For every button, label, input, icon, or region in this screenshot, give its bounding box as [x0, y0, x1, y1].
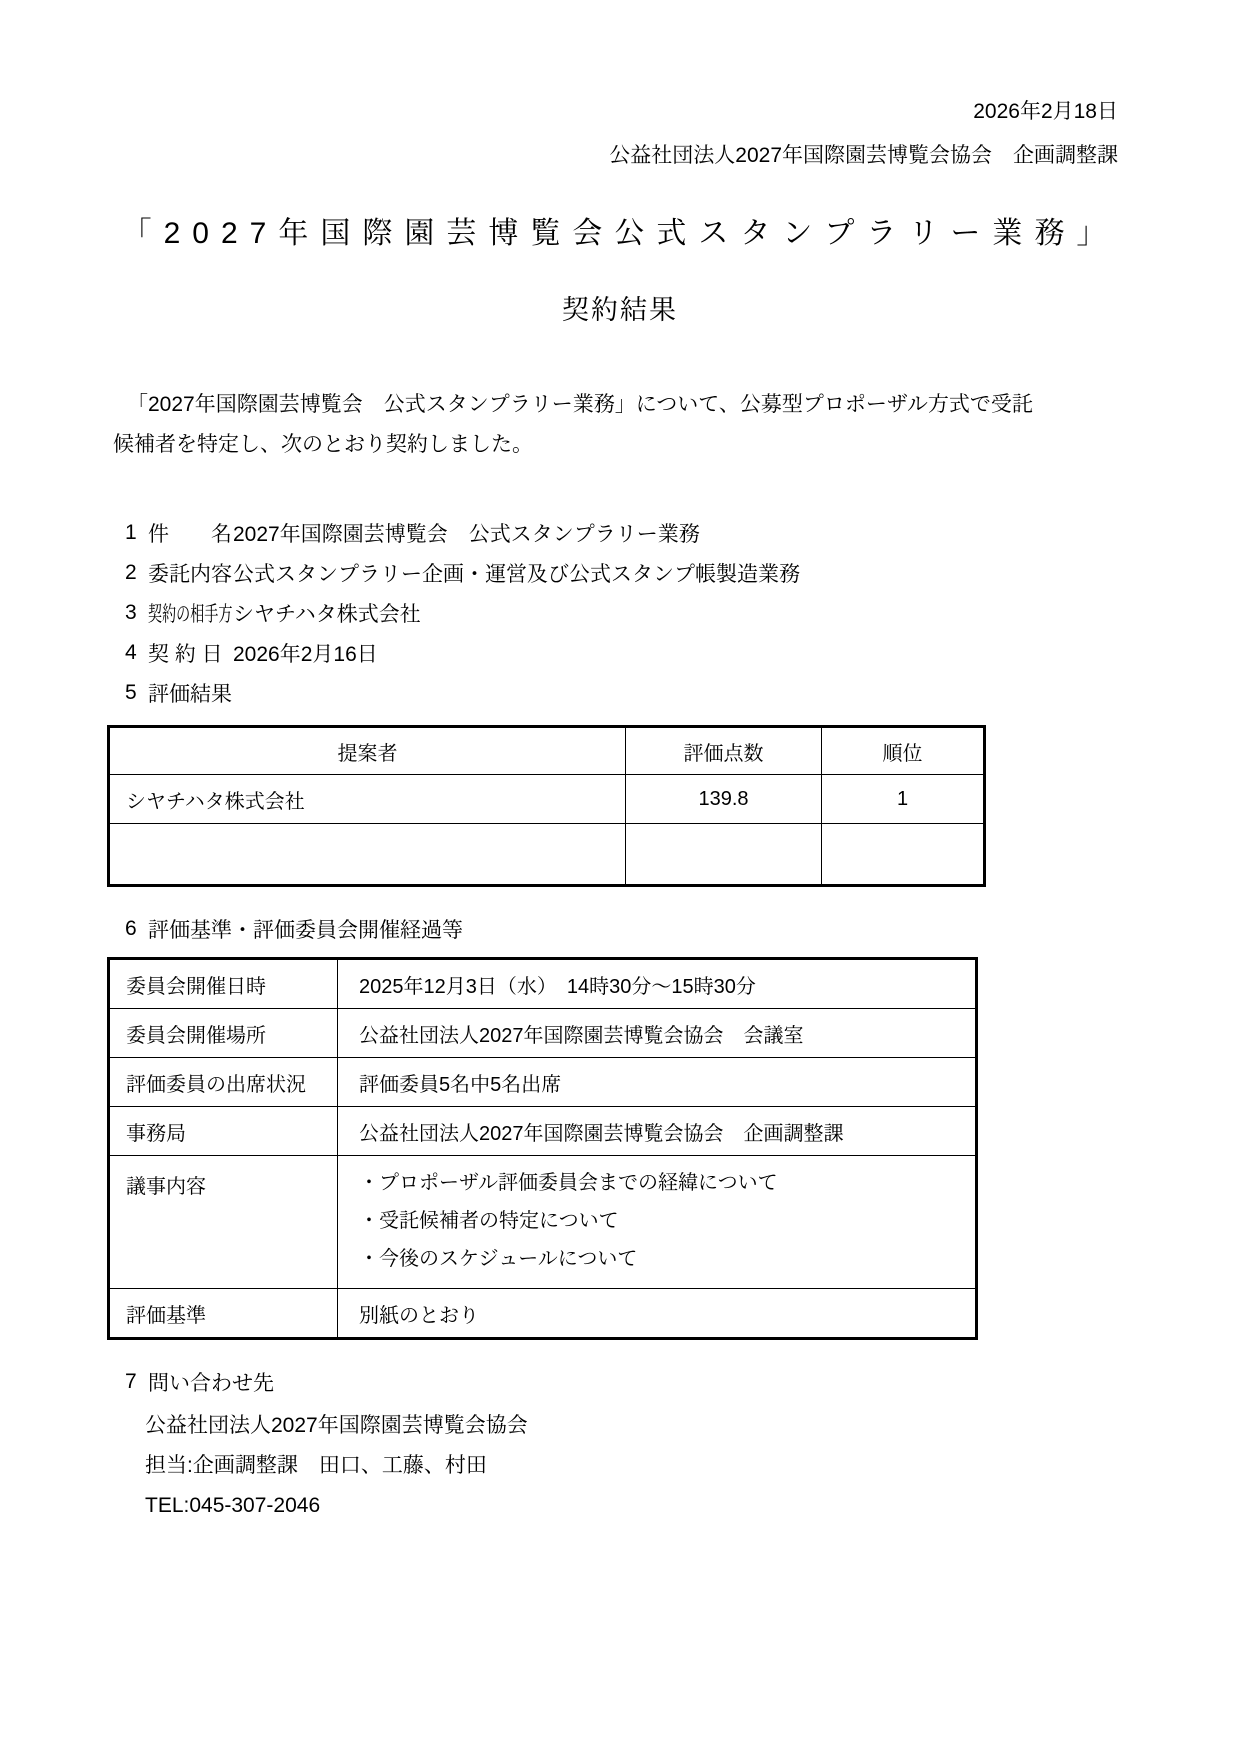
agenda-item: ・今後のスケジュールについて: [359, 1240, 975, 1278]
rank-cell: 1: [822, 775, 985, 824]
contact-staff: 担当:企画調整課 田口、工藤、村田: [145, 1446, 1240, 1486]
table-row-empty: [109, 824, 985, 886]
table-header-row: 提案者 評価点数 順位: [109, 727, 985, 775]
row-value: 別紙のとおり: [338, 1289, 977, 1339]
table-row: シヤチハタ株式会社 139.8 1: [109, 775, 985, 824]
agenda-item: ・プロポーザル評価委員会までの経緯について: [359, 1164, 975, 1202]
document-subtitle: 契約結果: [0, 288, 1240, 327]
row-value: 2025年12月3日（水） 14時30分～15時30分: [338, 959, 977, 1009]
item-number: 4: [125, 641, 148, 665]
row-label: 評価委員の出席状況: [109, 1058, 338, 1107]
document-page: 2026年2月18日 公益社団法人2027年国際園芸博覧会協会 企画調整課 「2…: [0, 0, 1240, 1755]
document-title: 「2027年国際園芸博覧会公式スタンプラリー業務」: [0, 208, 1240, 252]
section-label: 評価結果: [148, 678, 233, 708]
row-value: 評価委員5名中5名出席: [338, 1058, 977, 1107]
column-header-proposer: 提案者: [109, 727, 626, 775]
intro-paragraph: 「2027年国際園芸博覧会 公式スタンプラリー業務」について、公募型プロポーザル…: [113, 385, 1140, 465]
contact-phone: TEL:045-307-2046: [145, 1486, 1240, 1526]
contact-block: 公益社団法人2027年国際園芸博覧会協会 担当:企画調整課 田口、工藤、村田 T…: [145, 1406, 1240, 1526]
list-item-contract-date: 4 契 約 日 2026年2月16日: [125, 633, 1240, 673]
contract-detail-list: 1 件 名 2027年国際園芸博覧会 公式スタンプラリー業務 2 委託内容 公式…: [125, 513, 1240, 713]
agenda-item: ・受託候補者の特定について: [359, 1202, 975, 1240]
intro-line-2: 候補者を特定し、次のとおり契約しました。: [113, 425, 1140, 465]
row-label: 事務局: [109, 1107, 338, 1156]
item-number: 1: [125, 521, 148, 545]
item-value: 公式スタンプラリー企画・運営及び公式スタンプ帳製造業務: [233, 558, 800, 588]
row-value: 公益社団法人2027年国際園芸博覧会協会 会議室: [338, 1009, 977, 1058]
table-row-meeting-place: 委員会開催場所 公益社団法人2027年国際園芸博覧会協会 会議室: [109, 1009, 977, 1058]
rank-cell: [822, 824, 985, 886]
item-number: 2: [125, 561, 148, 585]
row-label: 委員会開催場所: [109, 1009, 338, 1058]
evaluation-result-table: 提案者 評価点数 順位 シヤチハタ株式会社 139.8 1: [107, 725, 986, 887]
table-row-meeting-datetime: 委員会開催日時 2025年12月3日（水） 14時30分～15時30分: [109, 959, 977, 1009]
score-cell: [626, 824, 822, 886]
issuing-organization: 公益社団法人2027年国際園芸博覧会協会 企画調整課: [0, 142, 1118, 170]
row-value: 公益社団法人2027年国際園芸博覧会協会 企画調整課: [338, 1107, 977, 1156]
section-label: 評価基準・評価委員会開催経過等: [148, 914, 463, 944]
column-header-score: 評価点数: [626, 727, 822, 775]
section-heading-evaluation-criteria: 6 評価基準・評価委員会開催経過等: [125, 909, 1240, 949]
list-item-scope: 2 委託内容 公式スタンプラリー企画・運営及び公式スタンプ帳製造業務: [125, 553, 1240, 593]
table-row-attendance: 評価委員の出席状況 評価委員5名中5名出席: [109, 1058, 977, 1107]
row-label: 委員会開催日時: [109, 959, 338, 1009]
row-label: 評価基準: [109, 1289, 338, 1339]
item-value: 2026年2月16日: [233, 638, 378, 668]
table-row-agenda: 議事内容 ・プロポーザル評価委員会までの経緯について ・受託候補者の特定について…: [109, 1156, 977, 1289]
committee-detail-table: 委員会開催日時 2025年12月3日（水） 14時30分～15時30分 委員会開…: [107, 957, 978, 1340]
section-number: 7: [125, 1370, 148, 1394]
item-label: 契 約 日: [148, 638, 233, 668]
list-item-contractor: 3 契約の相手方 シヤチハタ株式会社: [125, 593, 1240, 633]
column-header-rank: 順位: [822, 727, 985, 775]
item-value: シヤチハタ株式会社: [233, 598, 421, 628]
item-label: 契約の相手方: [148, 598, 205, 628]
list-item-subject: 1 件 名 2027年国際園芸博覧会 公式スタンプラリー業務: [125, 513, 1240, 553]
section-heading-evaluation-result: 5 評価結果: [125, 673, 1240, 713]
row-label: 議事内容: [109, 1156, 338, 1289]
proposer-cell: [109, 824, 626, 886]
row-value: ・プロポーザル評価委員会までの経緯について ・受託候補者の特定について ・今後の…: [338, 1156, 977, 1289]
section-number: 6: [125, 917, 148, 941]
contact-organization: 公益社団法人2027年国際園芸博覧会協会: [145, 1406, 1240, 1446]
table-row-criteria: 評価基準 別紙のとおり: [109, 1289, 977, 1339]
item-value: 2027年国際園芸博覧会 公式スタンプラリー業務: [233, 518, 700, 548]
section-label: 問い合わせ先: [148, 1367, 274, 1397]
section-number: 5: [125, 681, 148, 705]
score-cell: 139.8: [626, 775, 822, 824]
table-row-secretariat: 事務局 公益社団法人2027年国際園芸博覧会協会 企画調整課: [109, 1107, 977, 1156]
intro-line-1: 「2027年国際園芸博覧会 公式スタンプラリー業務」について、公募型プロポーザル…: [113, 385, 1140, 425]
item-number: 3: [125, 601, 148, 625]
item-label: 委託内容: [148, 558, 233, 588]
document-date: 2026年2月18日: [0, 0, 1118, 126]
item-label: 件 名: [148, 518, 233, 548]
section-heading-contact: 7 問い合わせ先: [125, 1362, 1240, 1402]
proposer-cell: シヤチハタ株式会社: [109, 775, 626, 824]
